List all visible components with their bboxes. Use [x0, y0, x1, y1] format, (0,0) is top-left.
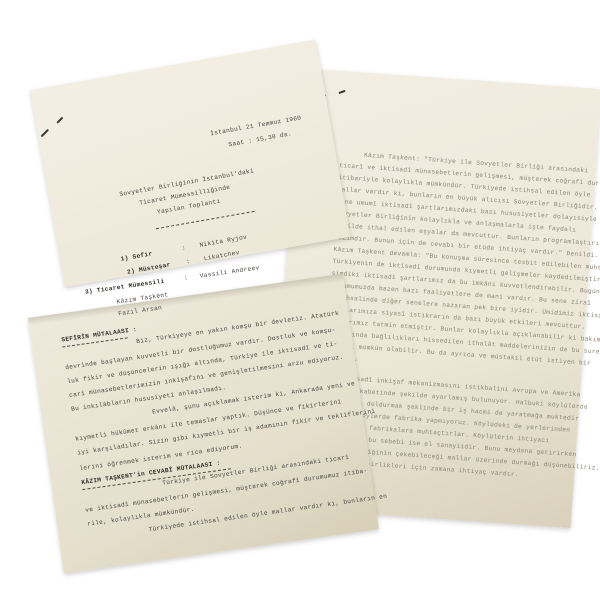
participant-name: Nikita Ryjov: [199, 235, 248, 249]
staple-mark-icon: [41, 129, 49, 137]
participant-sep: :: [184, 275, 189, 282]
participant-sep: :: [186, 259, 191, 266]
staple-mark-icon: [56, 117, 63, 124]
participant-sep: :: [181, 245, 186, 252]
participant-role: 2) Müsteşar: [127, 262, 172, 276]
participant-name: Vassili Andreev: [200, 265, 260, 280]
participant-role: 1) Sefir: [120, 251, 153, 263]
document-page-left-bottom: 3) Ticaret Mümessili : Vassili Andreev K…: [28, 274, 379, 574]
staple-mark-icon: [338, 90, 345, 94]
time-line: Saat : 15,30 da.: [228, 131, 292, 148]
participant-name: Likatchev: [204, 250, 241, 262]
